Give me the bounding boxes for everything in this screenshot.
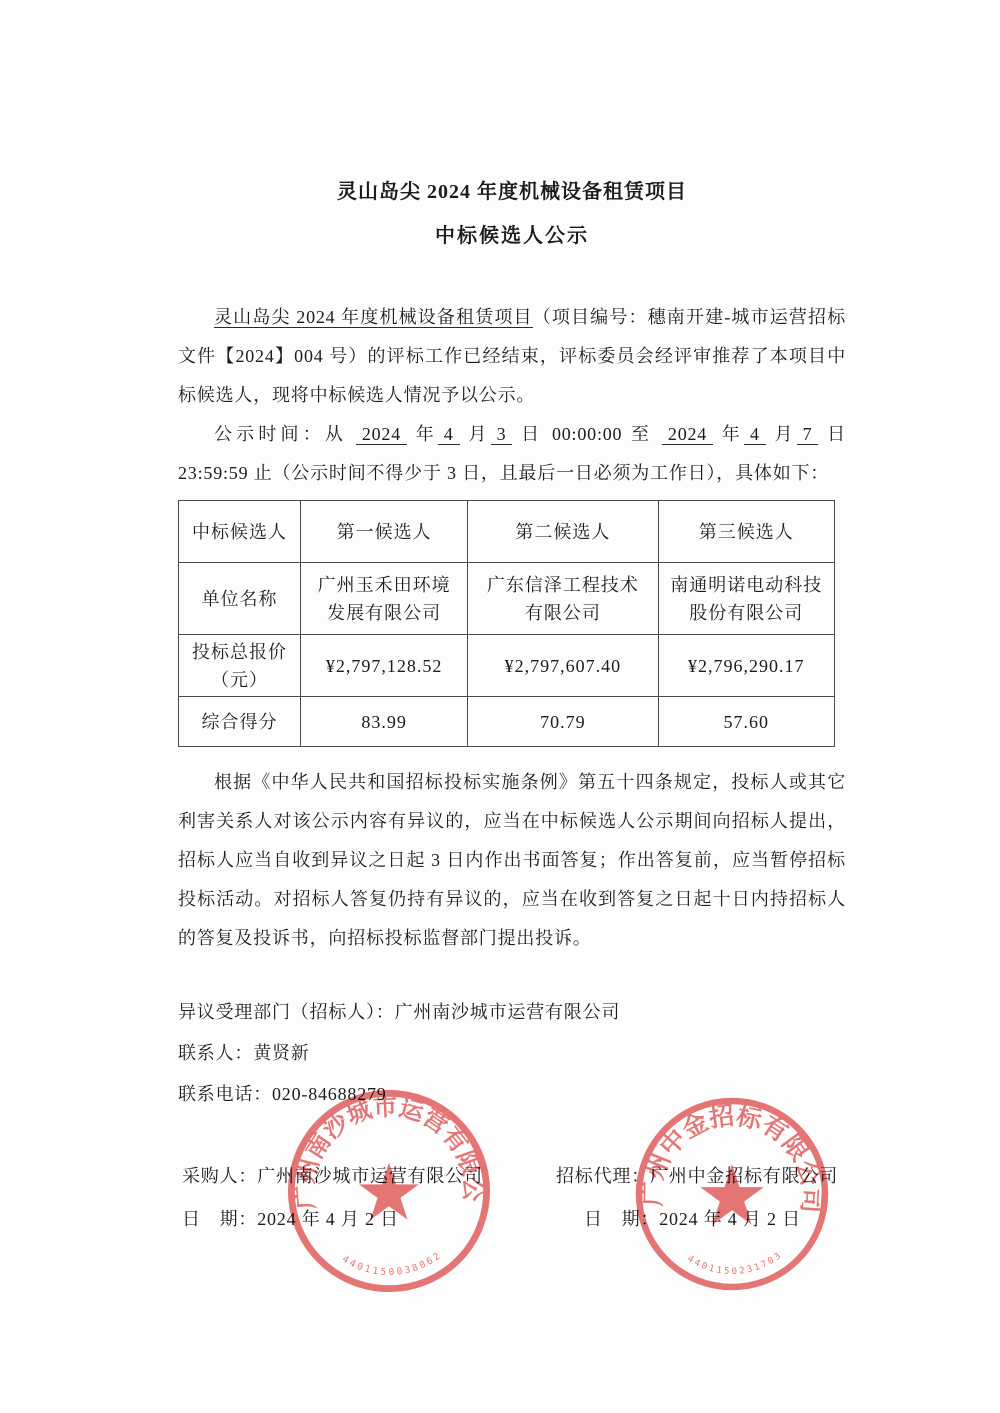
- time-text-segment: 月: [766, 424, 797, 444]
- seal-graphic: 广州南沙城市运营有限公司 4401150038062: [284, 1086, 494, 1296]
- table-cell: 83.99: [301, 697, 468, 747]
- seal-serial-text: 4401150038062: [340, 1249, 444, 1278]
- table-cell: ¥2,797,607.40: [468, 635, 658, 697]
- contact-person-line: 联系人：黄贤新: [178, 1033, 846, 1074]
- project-name-underlined: 灵山岛尖 2024 年度机械设备租赁项目: [214, 307, 533, 328]
- legal-paragraph: 根据《中华人民共和国招标投标实施条例》第五十四条规定，投标人或其它利害关系人对该…: [178, 763, 846, 958]
- table-header-cell: 第二候选人: [468, 501, 658, 563]
- table-row-company: 单位名称 广州玉禾田环境发展有限公司 广东信泽工程技术有限公司 南通明诺电动科技…: [179, 563, 835, 635]
- table-cell: ¥2,797,128.52: [301, 635, 468, 697]
- document-page: 灵山岛尖 2024 年度机械设备租赁项目 中标候选人公示 灵山岛尖 2024 年…: [0, 0, 1000, 1413]
- time-text-segment: 年: [407, 424, 438, 444]
- table-cell: 广东信泽工程技术有限公司: [468, 563, 658, 635]
- seal-serial-text: 4401150231703: [685, 1250, 785, 1277]
- intro-paragraph: 灵山岛尖 2024 年度机械设备租赁项目（项目编号：穗南开建-城市运营招标文件【…: [178, 298, 846, 415]
- table-header-cell: 中标候选人: [179, 501, 301, 563]
- table-cell: 广州玉禾田环境发展有限公司: [301, 563, 468, 635]
- table-cell: ¥2,796,290.17: [658, 635, 834, 697]
- time-text-segment: 月: [460, 424, 491, 444]
- end-month-blank: 4: [744, 424, 766, 445]
- start-year-blank: 2024: [356, 424, 407, 445]
- start-month-blank: 4: [438, 424, 460, 445]
- row-label-cell: 综合得分: [179, 697, 301, 747]
- publicity-period-paragraph: 公示时间：从 2024 年4 月3 日 00:00:00 至 2024 年4 月…: [178, 415, 846, 493]
- agent-seal-stamp: 广州中金招标有限公司 4401150231703: [632, 1094, 832, 1294]
- start-day-blank: 3: [491, 424, 513, 445]
- document-title-line2: 中标候选人公示: [178, 224, 846, 248]
- table-row-price: 投标总报价（元） ¥2,797,128.52 ¥2,797,607.40 ¥2,…: [179, 635, 835, 697]
- time-text-segment: 公示时间：从: [214, 424, 356, 444]
- document-content: 灵山岛尖 2024 年度机械设备租赁项目 中标候选人公示 灵山岛尖 2024 年…: [178, 180, 846, 1115]
- end-day-blank: 7: [797, 424, 819, 445]
- purchaser-seal-stamp: 广州南沙城市运营有限公司 4401150038062: [284, 1086, 494, 1296]
- seal-star-icon: [359, 1163, 419, 1220]
- document-title-line1: 灵山岛尖 2024 年度机械设备租赁项目: [178, 180, 846, 204]
- time-text-segment: 日 00:00:00 至: [512, 424, 662, 444]
- time-text-segment: 年: [713, 424, 744, 444]
- row-label-cell: 单位名称: [179, 563, 301, 635]
- end-year-blank: 2024: [662, 424, 713, 445]
- seal-star-icon: [700, 1164, 764, 1225]
- table-cell: 57.60: [658, 697, 834, 747]
- table-row-score: 综合得分 83.99 70.79 57.60: [179, 697, 835, 747]
- row-label-cell: 投标总报价（元）: [179, 635, 301, 697]
- table-cell: 南通明诺电动科技股份有限公司: [658, 563, 834, 635]
- table-header-row: 中标候选人 第一候选人 第二候选人 第三候选人: [179, 501, 835, 563]
- table-header-cell: 第一候选人: [301, 501, 468, 563]
- objection-department-line: 异议受理部门（招标人）：广州南沙城市运营有限公司: [178, 992, 846, 1033]
- table-header-cell: 第三候选人: [658, 501, 834, 563]
- seal-graphic: 广州中金招标有限公司 4401150231703: [632, 1094, 832, 1294]
- table-cell: 70.79: [468, 697, 658, 747]
- candidates-table: 中标候选人 第一候选人 第二候选人 第三候选人 单位名称 广州玉禾田环境发展有限…: [178, 500, 835, 747]
